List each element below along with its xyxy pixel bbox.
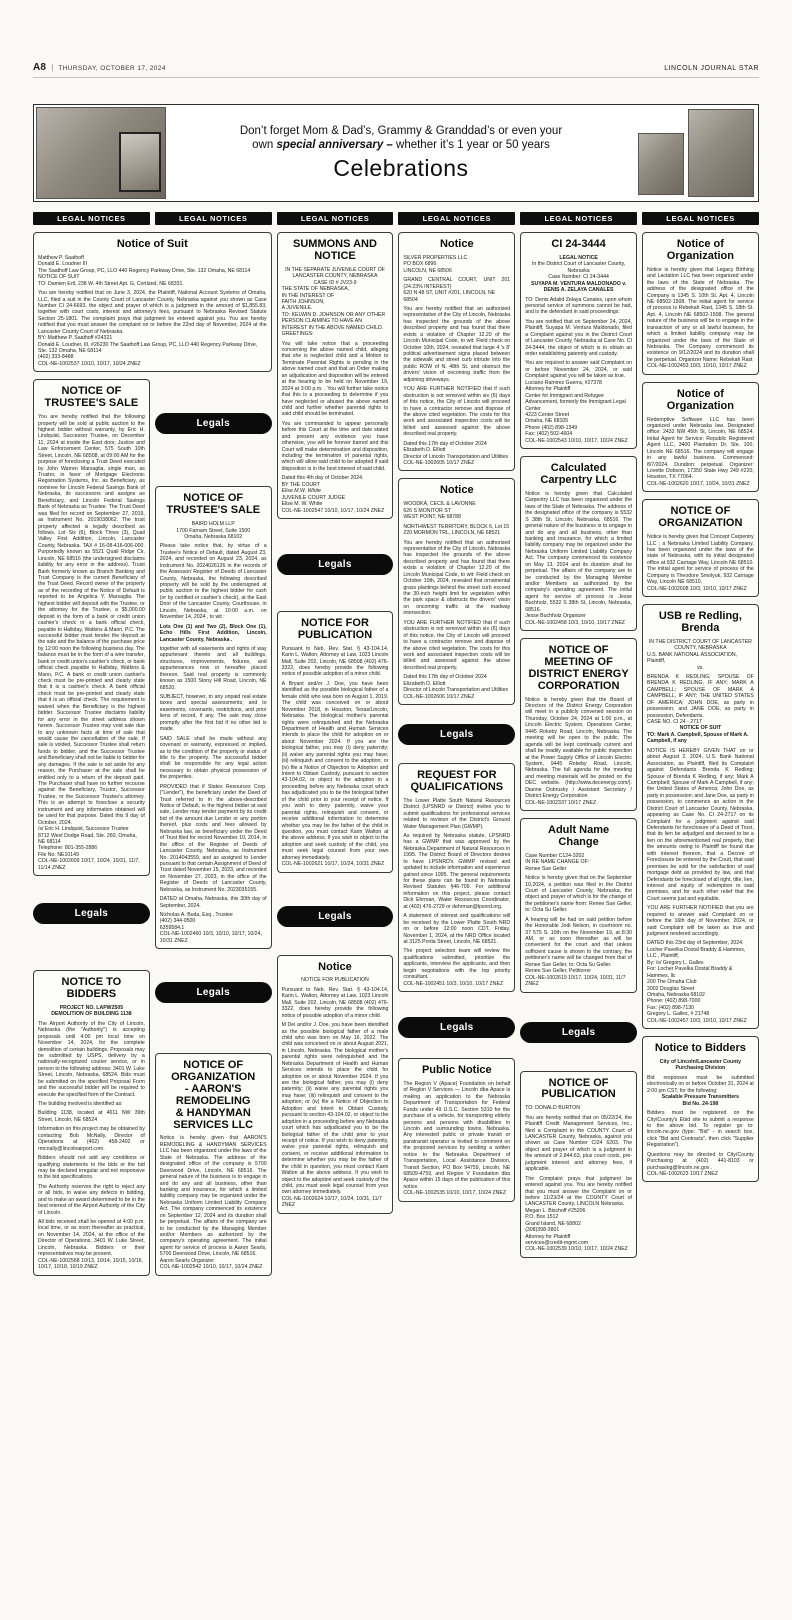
page-number: A8 — [33, 62, 46, 73]
notice-title: NOTICE OF MEETING OF DISTRICT ENERGY COR… — [525, 645, 632, 693]
spacer — [398, 712, 515, 718]
banner-photo-right-small — [638, 133, 684, 195]
spacer — [398, 751, 515, 763]
notice-subheading: City of Lincoln/Lancaster County Purchas… — [647, 1059, 754, 1072]
spacer — [155, 1009, 272, 1053]
spacer — [398, 1044, 515, 1058]
notice-text: Renee Sue Geller — [525, 866, 632, 872]
notice-reference-code: COL-NE-1002537 10/10, 10/17, 10/24 ZNEZ — [38, 361, 267, 367]
notice-text: Lots One (1) and Two (2), Block One (1),… — [160, 624, 267, 643]
section-header-row: LEGAL NOTICES LEGAL NOTICES LEGAL NOTICE… — [33, 212, 759, 225]
notice-text: LANCASTER COUNTY, NEBRASKA — [282, 273, 389, 279]
notice-text: Notice is hereby given that the Board of… — [525, 697, 632, 800]
notice-reference-code: COL-NE-1002457 10/3, 10/10, 10/17 ZNEZ — [647, 1018, 754, 1024]
notice-subheading: PROJECT NO. LAPW2505 DEMOLITION OF BUILD… — [38, 1005, 145, 1018]
notice-reference-code: COL-NE-1002539 10/10, 10/17, 10/24 ZNEZ — [525, 1246, 632, 1252]
notice-reference-code: COL-NE-1002606 10/17 ZNEZ — [403, 694, 510, 700]
notice-title: Notice — [282, 962, 389, 974]
banner-line-2-post: whether it’s 1 year or 50 years — [393, 139, 550, 151]
notice-reference-code: COL-NE-1002542 10/10, 10/17, 10/24 ZNEZ — [160, 1264, 267, 1270]
notice-woodka: NoticeWOODKA, CECIL & LAVONNE626 S MONIT… — [398, 478, 515, 705]
notice-title: Notice of Organization — [647, 239, 754, 263]
notice-text: Bidders should not add any conditions or… — [38, 1155, 145, 1181]
notice-reference-code: COL-NE-1002605 10/17 ZNEZ — [403, 460, 510, 466]
notice-text: The building involved is identified as: — [38, 1101, 145, 1107]
notice-text: YOU ARE FURTHER NOTIFIED that if such ob… — [403, 620, 510, 672]
calculated-carpentry-llc: Calculated Carpentry LLCNotice is hereby… — [520, 456, 637, 631]
notice-of-organization-aarons: NOTICE OF ORGANIZATION - AARON'S REMODEL… — [155, 1053, 272, 1275]
columns-1-2: Notice of SuitMatthew P. SaathoffDonald … — [33, 232, 272, 1283]
legal-notices-header-4: LEGAL NOTICES — [398, 212, 515, 225]
notice-reference-code: COL-NE-1002623 10/17 ZNEZ — [647, 1171, 754, 1177]
notice-title: NOTICE TO BIDDERS — [38, 977, 145, 1001]
banner-photo-right — [688, 109, 754, 197]
notice-text: 220 MORMON TRL, LINCOLN, NE 68521 — [403, 530, 510, 536]
summons-and-notice-juvenile: SUMMONS AND NOTICEIN THE SEPARATE JUVENI… — [277, 232, 394, 519]
notice-text: Bidders must be registered on the City/C… — [647, 1110, 754, 1149]
banner-photo-left-inset — [119, 132, 161, 192]
page-header: A8 | THURSDAY, OCTOBER 17, 2024 LINCOLN … — [33, 62, 759, 78]
column-1: NOTICE OF TRUSTEE'S SALEYou are hereby n… — [33, 379, 150, 1282]
publication-name: LINCOLN JOURNAL STAR — [664, 65, 759, 72]
notice-text: /s/ Eric H. Lindquist, Successor Trustee — [38, 826, 145, 832]
banner-line-2-emphasis: special anniversary – — [276, 139, 392, 151]
notice-of-trustees-sale-lindquist: NOTICE OF TRUSTEE'S SALEYou are hereby n… — [33, 379, 150, 876]
column-3: SUMMONS AND NOTICEIN THE SEPARATE JUVENI… — [277, 232, 394, 1221]
notice-title: Notice of Organization — [647, 389, 754, 413]
notice-text: PROVIDED that if States Resources Corp. … — [160, 784, 267, 893]
notice-silver-properties: NoticeSILVER PROPERTIES LLCPO BOX 6896LI… — [398, 232, 515, 471]
banner-photos-right — [636, 107, 756, 199]
notice-reference-code: COL-NE-1002621 10/17, 10/24, 10/31 ZNEZ — [282, 861, 389, 867]
spacer — [520, 1049, 637, 1071]
notice-text: Pursuant to Neb. Rev. Stat. § 43-104.14,… — [282, 987, 389, 1019]
notice-text: Bid responses must be submitted electron… — [647, 1075, 754, 1094]
notice-title: REQUEST FOR QUALIFICATIONS — [403, 770, 510, 794]
notice-title: NOTICE OF ORGANIZATION - AARON'S REMODEL… — [160, 1060, 267, 1131]
spacer — [277, 581, 394, 611]
notice-text: DATED at Omaha, Nebraska, this 30th day … — [160, 896, 267, 909]
notice-text: You are hereby notified that on June 3, … — [38, 290, 267, 335]
notice-text: GRAND CENTRAL COURT, UNIT 201 (24.23% IN… — [403, 277, 510, 290]
notice-text: Omaha, Nebraska 68102 — [160, 534, 267, 540]
legals-section-pill: Legals — [520, 1022, 637, 1043]
notice-title: Public Notice — [403, 1065, 510, 1077]
banner-line-2-pre: own — [252, 139, 276, 151]
notice-text: In the District Court of Lancaster Count… — [525, 261, 632, 274]
spacer — [155, 440, 272, 486]
notice-text: The project selection team will review t… — [403, 948, 510, 980]
notice-text: Director of Lincoln Transportation and U… — [403, 687, 510, 693]
notice-title: CI 24-3444 — [525, 239, 632, 251]
notice-text: TO: Mark A. Campbell, Spouse of Mark A. … — [647, 732, 754, 745]
usb-re-redling-notice-of-suit: USB re Redling, BrendaIN THE DISTRICT CO… — [642, 604, 759, 1029]
spacer — [277, 880, 394, 900]
notice-subheading: Scalable Pressure Transmitters Bid No. 2… — [647, 1094, 754, 1107]
notice-reference-code: COL-NE-1002568 10/13, 10/14, 10/15, 10/1… — [38, 1258, 145, 1271]
notice-text: The Lower Platte South Natural Resources… — [403, 798, 510, 830]
column-4: NoticeSILVER PROPERTIES LLCPO BOX 6896LI… — [398, 232, 515, 1209]
notice-text: You are required to answer said Complain… — [525, 360, 632, 379]
notice-text: For: Locher Pavelka Dostal Braddy & Hamm… — [647, 966, 754, 979]
celebrations-banner-ad: Don’t forget Mom & Dad’s, Grammy & Grand… — [33, 104, 759, 202]
notice-of-trustees-sale-baird-holm: NOTICE OF TRUSTEE'S SALEBAIRD HOLM LLP17… — [155, 486, 272, 949]
notice-text: Donald E. Loudner, III, #26230 The Saath… — [38, 342, 267, 355]
notice-to-bidders-purchasing: Notice to BiddersCity of Lincoln/Lancast… — [642, 1036, 759, 1182]
notice-text: The Region V (Apace) Foundation on behal… — [403, 1081, 510, 1190]
notice-to-bidders-airport: NOTICE TO BIDDERSPROJECT NO. LAPW2505 DE… — [33, 970, 150, 1275]
spacer — [277, 933, 394, 955]
notice-text: 620 N 48 ST, UNIT #201, LINCOLN, NE 6850… — [403, 290, 510, 303]
notice-text: NOTICE IS HEREBY GIVEN THAT on or about … — [647, 748, 754, 903]
column-2: LegalsNOTICE OF TRUSTEE'S SALEBAIRD HOLM… — [155, 379, 272, 1282]
column-5: CI 24-3444LEGAL NOTICEIn the District Co… — [520, 232, 637, 1265]
legals-section-pill: Legals — [33, 903, 150, 924]
notice-text: All bids received shall be opened at 4:0… — [38, 1219, 145, 1258]
notice-title: Notice — [403, 239, 510, 251]
spacer — [277, 526, 394, 548]
legal-notice-ci-24-3444: CI 24-3444LEGAL NOTICEIn the District Co… — [520, 232, 637, 449]
notice-text: together with all easements and rights o… — [160, 646, 267, 691]
spacer — [33, 930, 150, 970]
notice-title: SUMMONS AND NOTICE — [282, 239, 389, 263]
adult-name-change: Adult Name ChangeCase Number C124-3202IN… — [520, 818, 637, 993]
notice-text: Notice is hereby given that Concept Carp… — [647, 534, 754, 586]
legal-notices-header-6: LEGAL NOTICES — [642, 212, 759, 225]
notice-text: M Dei and/or J. Doe, you have been ident… — [282, 1022, 389, 1196]
notice-text: You will take notice that a proceeding c… — [282, 341, 389, 418]
notice-text: SAID SALE shall be made without any cove… — [160, 736, 267, 781]
notice-text: The Authority reserves the right to reje… — [38, 1184, 145, 1216]
notice-text: YOU ARE FURTHER NOTIFIED that you are re… — [647, 905, 754, 937]
notice-text: TO: DONALD BURTON — [525, 1105, 632, 1111]
notice-of-publication-burton: NOTICE OF PUBLICATIONTO: DONALD BURTONYo… — [520, 1071, 637, 1258]
banner-line-2: own special anniversary – whether it’s 1… — [174, 138, 628, 152]
spacer — [520, 1000, 637, 1016]
request-for-qualifications-lpsnrd: REQUEST FOR QUALIFICATIONSThe Lower Plat… — [398, 763, 515, 992]
notice-reference-code: COL-NE-1002453 10/3, 10/10, 10/17 ZNEZ — [647, 363, 754, 369]
notice-reference-code: COL-NE-1002337 10/17 ZNEZ — [525, 800, 632, 806]
notice-text: The Airport Authority of the City of Lin… — [38, 1021, 145, 1098]
legals-section-pill: Legals — [398, 1017, 515, 1038]
notice-text: WEST POINT, NE 68788 — [403, 514, 510, 520]
notice-reference-code: COL-NE-1002535 10/10, 10/17, 10/24 ZNEZ — [403, 1190, 510, 1196]
notice-of-organization-concept-carpentry: NOTICE OF ORGANIZATIONNotice is hereby g… — [642, 499, 759, 597]
notice-title: NOTICE OF PUBLICATION — [525, 1078, 632, 1102]
notice-text: U.S. BANK NATIONAL ASSOCIATION, Plaintif… — [647, 652, 754, 665]
legal-notices-content: Notice of SuitMatthew P. SaathoffDonald … — [33, 232, 759, 1283]
notice-reference-code: COL-NE-1002547 10/10, 10/17, 10/24 ZNEZ — [282, 508, 389, 514]
notice-title: Adult Name Change — [525, 825, 632, 849]
notice-text: Questions may be directed to City/County… — [647, 1152, 754, 1171]
notice-title: Notice of Suit — [38, 239, 267, 251]
notice-text: You are hereby notified that an authoriz… — [403, 540, 510, 617]
notice-text: As required by Nebraska statute, LPSNRD … — [403, 833, 510, 910]
page-date: THURSDAY, OCTOBER 17, 2024 — [58, 65, 166, 72]
notice-text: A statement of interest and qualificatio… — [403, 913, 510, 945]
notice-text: TO: Damien Ertl, 238 W. 4th Street Apt. … — [38, 281, 267, 287]
notice-title: NOTICE OF TRUSTEE'S SALE — [160, 493, 267, 517]
legals-section-pill: Legals — [155, 982, 272, 1003]
notice-text: GREETINGS: — [282, 331, 389, 337]
notice-reference-code: COL-NE-1002624 10/17, 10/24, 10/31, 11/7… — [282, 1196, 389, 1209]
notice-text: 8712 West Dodge Road, Ste. 260, Omaha, N… — [38, 833, 145, 846]
notice-text: vs. — [647, 665, 754, 671]
banner-text: Don’t forget Mom & Dad’s, Grammy & Grand… — [168, 105, 634, 201]
notice-text: YOU ARE FURTHER NOTIFIED that if such ob… — [403, 386, 510, 438]
banner-line-1: Don’t forget Mom & Dad’s, Grammy & Grand… — [174, 124, 628, 138]
notice-text: Notice is hereby given that Legacy Birth… — [647, 267, 754, 364]
notice-text: Pursuant to Neb. Rev. Stat. § 43-104.14,… — [282, 646, 389, 678]
notice-text: Notice is hereby given that Calculated C… — [525, 491, 632, 613]
notice-reference-code: COL-NE-1002451 10/3, 10/10, 10/17 ZNEZ — [403, 981, 510, 987]
wide-notice-container: Notice of SuitMatthew P. SaathoffDonald … — [33, 232, 272, 372]
notice-text: Redemptive Software LLC has been organiz… — [647, 417, 754, 481]
notice-text: A Bryant and/or J. Doe, you have been id… — [282, 681, 389, 861]
notice-reference-code: COL-NE-1002460 10/3, 10/10, 10/17, 10/24… — [160, 931, 267, 944]
notice-text: LINCOLN, NE 68506 — [403, 268, 510, 274]
legal-notices-header-2: LEGAL NOTICES — [155, 212, 272, 225]
notice-reference-code: COL-NE-1002619 10/17, 10/24, 10/31, 11/7… — [525, 975, 632, 988]
notice-title: NOTICE FOR PUBLICATION — [282, 618, 389, 642]
header-separator: | — [51, 63, 53, 72]
notice-reference-code: COL-NE-1002608 10/3, 10/10, 10/17 ZNEZ — [647, 586, 754, 592]
notice-for-publication-dei: NoticeNOTICE FOR PUBLICATIONPursuant to … — [277, 955, 394, 1214]
spacer — [155, 956, 272, 976]
legals-section-pill: Legals — [277, 906, 394, 927]
legal-notices-header-1: LEGAL NOTICES — [33, 212, 150, 225]
notice-reference-code: COL-NE-1002458 10/3, 10/10, 10/17 ZNEZ — [525, 620, 632, 626]
notice-text: You are commanded to appear personally b… — [282, 421, 389, 473]
notice-text: TO: KELWIN D. JOHNSON OR ANY OTHER PERSO… — [282, 312, 389, 331]
notice-text: BRENDA K REDLING; SPOUSE OF BRENDA K RED… — [647, 674, 754, 719]
notice-title: NOTICE OF TRUSTEE'S SALE — [38, 386, 145, 410]
notice-text: Locher Pavelka Dostal Braddy & Hammes, L… — [647, 947, 754, 960]
legals-section-pill: Legals — [155, 413, 272, 434]
notice-reference-code: COL-NE-1002620 10/17, 10/24, 10/31 ZNEZ — [647, 481, 754, 487]
notice-text: You are hereby notified that an authoriz… — [403, 306, 510, 383]
notice-text: Notice is hereby given that AARON'S REMO… — [160, 1135, 267, 1257]
legals-section-pill: Legals — [398, 724, 515, 745]
legal-notices-header-3: LEGAL NOTICES — [277, 212, 394, 225]
spacer — [33, 883, 150, 897]
notice-title: NOTICE OF ORGANIZATION — [647, 506, 754, 530]
notice-text: TO: Denis Adalid Zelaya Canales, upon wh… — [525, 297, 632, 316]
notice-text: Center for Immigrant and Refugee Advance… — [525, 393, 632, 412]
notice-text: You are notified that on September 24, 2… — [525, 319, 632, 358]
notice-title: USB re Redling, Brenda — [647, 611, 754, 635]
notice-text: NOTICE FOR PUBLICATION — [282, 977, 389, 983]
banner-title: Celebrations — [174, 155, 628, 182]
notice-reference-code: COL-NE-1002609 10/17, 10/24, 10/31, 11/7… — [38, 858, 145, 871]
column-6: Notice of OrganizationNotice is hereby g… — [642, 232, 759, 1189]
notice-text: Notice is hereby given that on the Septe… — [525, 875, 632, 914]
notice-title: Calculated Carpentry LLC — [525, 463, 632, 487]
notice-of-suit-saathoff: Notice of SuitMatthew P. SaathoffDonald … — [33, 232, 272, 372]
notice-text: A hearing will be had on said petition b… — [525, 917, 632, 969]
notice-title: Notice — [403, 485, 510, 497]
notice-title: Notice to Bidders — [647, 1043, 754, 1055]
legal-notices-header-5: LEGAL NOTICES — [520, 212, 637, 225]
notice-text: Building 1138, located at 4611 NW 39th S… — [38, 1110, 145, 1123]
notice-of-organization-legacy-birthing: Notice of OrganizationNotice is hereby g… — [642, 232, 759, 375]
notice-text: Please take notice that, by virtue of a … — [160, 543, 267, 620]
notice-of-organization-redemptive: Notice of OrganizationRedemptive Softwar… — [642, 382, 759, 493]
notice-text: The Complaint prays that judgment be ent… — [525, 1176, 632, 1208]
legals-section-pill: Legals — [277, 554, 394, 575]
notice-text: SUBJECT, however, to any unpaid real est… — [160, 694, 267, 733]
notice-reference-code: COL-NE-1002543 10/10, 10/17, 10/24 ZNEZ — [525, 438, 632, 444]
banner-photo-left — [36, 107, 166, 199]
spacer — [398, 999, 515, 1011]
spacer — [155, 379, 272, 407]
notice-for-publication-bryant: NOTICE FOR PUBLICATIONPursuant to Neb. R… — [277, 611, 394, 873]
notice-subheading: SUYAPA M. VENTURA MALDONADO v. DENIS A. … — [525, 281, 632, 294]
notice-of-meeting-district-energy: NOTICE OF MEETING OF DISTRICT ENERGY COR… — [520, 638, 637, 811]
public-notice-region-v: Public NoticeThe Region V (Apace) Founda… — [398, 1058, 515, 1202]
notice-text: You are hereby notified that on 05/22/24… — [525, 1115, 632, 1173]
notice-text: You are hereby notified that the followi… — [38, 414, 145, 826]
notice-text: Information on this project may be obtai… — [38, 1126, 145, 1152]
notice-text: DATED this 23rd day of September, 2024. — [647, 940, 754, 946]
notice-text: IN THE DISTRICT COURT OF LANCASTER COUNT… — [647, 639, 754, 652]
